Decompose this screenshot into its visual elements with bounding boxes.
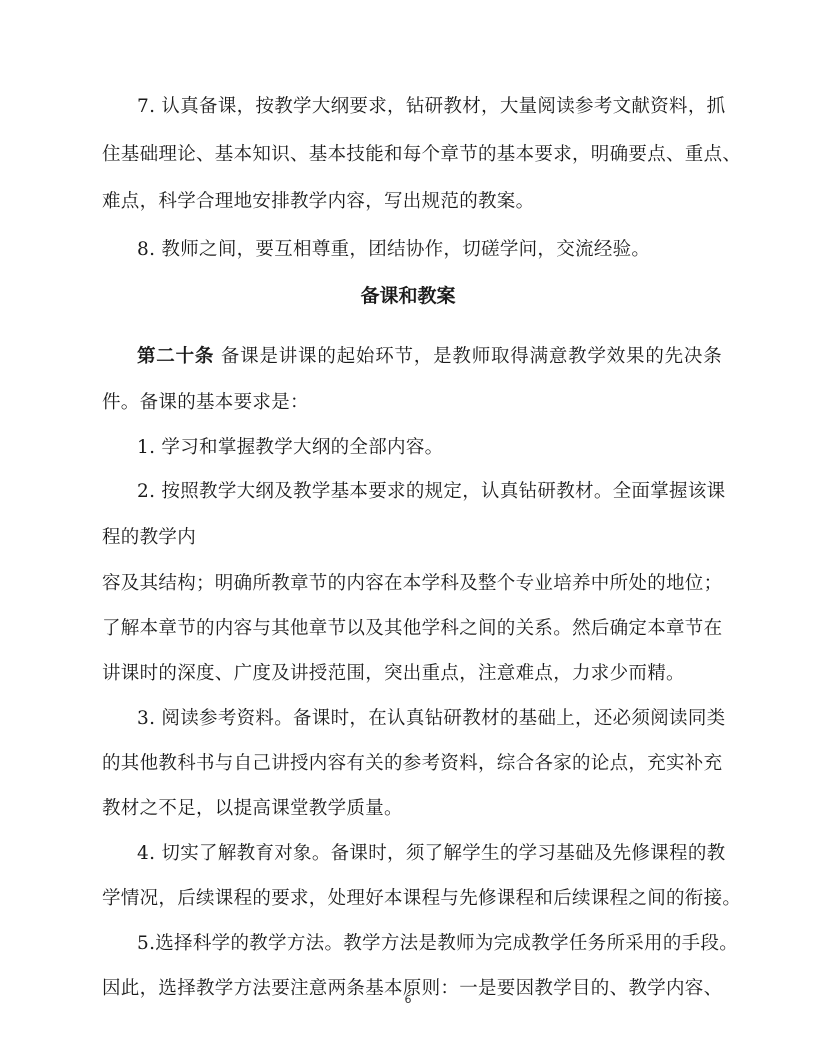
- list-item: 4. 切实了解教育对象。备课时，须了解学生的学习基础及先修课程的教: [137, 842, 722, 866]
- paragraph-line: 了解本章节的内容与其他章节以及其他学科之间的关系。然后确定本章节在: [102, 617, 722, 641]
- article-text: 备课是讲课的起始环节，是教师取得满意教学效果的先决条: [221, 346, 722, 367]
- list-item: 5.选择科学的教学方法。教学方法是教师为完成教学任务所采用的手段。: [137, 932, 722, 956]
- paragraph-line: 的其他教科书与自己讲授内容有关的参考资料，综合各家的论点，充实补充: [102, 752, 722, 776]
- paragraph-line: 难点，科学合理地安排教学内容，写出规范的教案。: [102, 190, 722, 214]
- page-number: 6: [0, 993, 816, 1006]
- list-item: 3. 阅读参考资料。备课时，在认真钻研教材的基础上，还必须阅读同类: [137, 707, 722, 731]
- list-item: 1. 学习和掌握教学大纲的全部内容。: [137, 436, 722, 460]
- paragraph-line: 7. 认真备课，按教学大纲要求，钻研教材，大量阅读参考文献资料，抓: [137, 95, 722, 119]
- paragraph-line: 学情况，后续课程的要求，处理好本课程与先修课程和后续课程之间的衔接。: [102, 887, 722, 911]
- article-label: 第二十条: [137, 346, 214, 367]
- paragraph-line: 件。备课的基本要求是：: [102, 391, 722, 415]
- paragraph-line: 容及其结构；明确所教章节的内容在本学科及整个专业培养中所处的地位；: [102, 572, 722, 596]
- paragraph-line: 8. 教师之间，要互相尊重，团结协作，切磋学问，交流经验。: [137, 238, 722, 262]
- paragraph-line: 住基础理论、基本知识、基本技能和每个章节的基本要求，明确要点、重点、: [102, 143, 722, 167]
- article-first-line: 第二十条 备课是讲课的起始环节，是教师取得满意教学效果的先决条: [137, 345, 722, 369]
- paragraph-line: 教材之不足，以提高课堂教学质量。: [102, 797, 722, 821]
- document-page: 7. 认真备课，按教学大纲要求，钻研教材，大量阅读参考文献资料，抓 住基础理论、…: [0, 0, 816, 1056]
- section-heading: 备课和教案: [0, 284, 816, 308]
- paragraph-line: 程的教学内: [102, 526, 722, 550]
- list-item: 2. 按照教学大纲及教学基本要求的规定，认真钻研教材。全面掌握该课: [137, 480, 722, 504]
- paragraph-line: 讲课时的深度、广度及讲授范围，突出重点，注意难点，力求少而精。: [102, 662, 722, 686]
